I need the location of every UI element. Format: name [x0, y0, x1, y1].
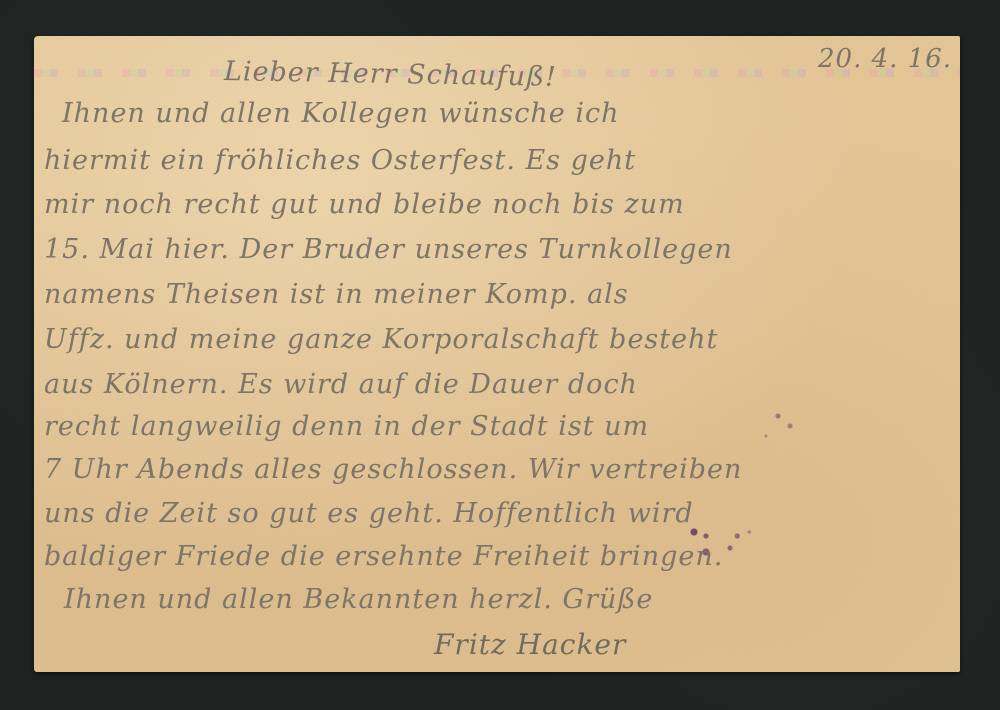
letter-line: Ihnen und allen Bekannten herzl. Grüße: [64, 584, 653, 615]
date: 20. 4. 16.: [818, 44, 952, 74]
signature: Fritz Hacker: [434, 628, 626, 661]
letter-line: mir noch recht gut und bleibe noch bis z…: [44, 189, 685, 220]
salutation: Lieber Herr Schaufuß!: [224, 56, 557, 93]
letter-line: 7 Uhr Abends alles geschlossen. Wir vert…: [44, 454, 742, 485]
letter-line: 15. Mai hier. Der Bruder unseres Turnkol…: [44, 234, 733, 265]
letter-line: baldiger Friede die ersehnte Freiheit br…: [44, 541, 723, 572]
letter-line: recht langweilig denn in der Stadt ist u…: [44, 411, 649, 442]
letter-line: Ihnen und allen Kollegen wünsche ich: [62, 98, 620, 129]
letter-line: Uffz. und meine ganze Korporalschaft bes…: [44, 324, 718, 355]
postcard: Lieber Herr Schaufuß! 20. 4. 16. Ihnen u…: [34, 36, 960, 672]
letter-line: uns die Zeit so gut es geht. Hoffentlich…: [44, 498, 694, 529]
letter-line: hiermit ein fröhliches Osterfest. Es geh…: [44, 145, 636, 176]
letter-line: namens Theisen ist in meiner Komp. als: [44, 279, 629, 310]
letter-line: aus Kölnern. Es wird auf die Dauer doch: [44, 369, 638, 400]
